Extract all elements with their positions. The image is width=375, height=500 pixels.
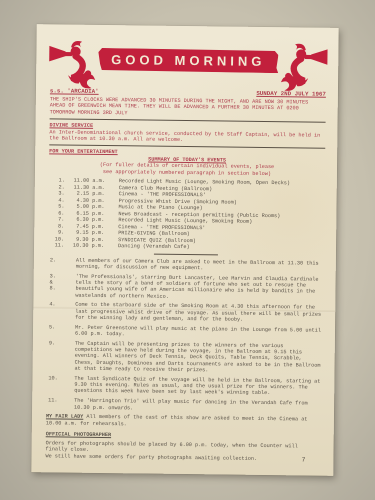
banner-title: GOOD MORNING <box>111 52 265 69</box>
photographer-title: OFFICIAL PHOTOGRAPHER <box>46 431 322 441</box>
paragraph-number: 4. <box>47 302 67 321</box>
paragraph-text: The Captain will be presenting prizes to… <box>75 340 321 374</box>
divine-service-section: DIVINE SERVICE An Inter-Denominational c… <box>49 123 325 146</box>
paragraph-row: 5. Mr. Peter Greenstone will play music … <box>47 324 323 340</box>
event-number: 11. <box>48 242 64 249</box>
photographer-section: OFFICIAL PHOTOGRAPHER Orders for photogr… <box>45 431 321 463</box>
paragraph-row: 4. Come to the starboard side of the Smo… <box>47 302 323 324</box>
events-list: 1. 11.00 a.m. Recorded Light Music (Loun… <box>48 177 325 252</box>
clocks-notice: THE SHIP'S CLOCKS WERE ADVANCED 30 MINUT… <box>50 96 326 119</box>
paragraph-number: 11. <box>46 398 66 411</box>
entertainment-section: FOR YOUR ENTERTAINMENT SUMMARY OF TODAY'… <box>48 149 325 252</box>
paragraph-text: Come to the starboard side of the Smokin… <box>75 302 321 324</box>
paper: GOOD MORNING <box>31 24 338 476</box>
paragraph-number: 9. <box>47 340 67 372</box>
my-fair-lady-text: All members of the cast of this show are… <box>46 414 308 427</box>
masthead-banner: GOOD MORNING <box>46 30 331 89</box>
event-description: Dancing (Verandah Cafe) <box>118 243 324 252</box>
paragraph-text: 'The Professionals', starring Burt Lanca… <box>75 273 321 301</box>
my-fair-lady-notice: MY FAIR LADY All members of the cast of … <box>46 414 322 430</box>
mermaid-trumpeter-right-icon <box>270 35 329 94</box>
paragraph-number: 10. <box>46 375 66 394</box>
event-time: 10.30 p.m. <box>64 243 104 250</box>
detail-paragraphs: 2. All members of our Camera Club are as… <box>46 257 324 414</box>
paragraph-text: All members of our Camera Club are asked… <box>76 257 322 273</box>
paragraph-row: 9. The Captain will be presenting prizes… <box>47 340 323 375</box>
paragraph-number: 3. & 8. <box>47 273 67 298</box>
mermaid-trumpeter-left-icon <box>48 32 107 91</box>
paragraph-text: Mr. Peter Greenstone will play music at … <box>75 324 321 340</box>
paragraph-text: The 'Harrington Trio' will play music fo… <box>74 398 320 414</box>
page-number: 7 <box>301 456 305 463</box>
paragraph-row: 2. All members of our Camera Club are as… <box>48 257 324 273</box>
short-divider <box>154 253 218 255</box>
paragraph-number: 2. <box>48 257 68 270</box>
paragraph-number: 5. <box>47 324 67 337</box>
paragraph-row: 3. & 8. 'The Professionals', starring Bu… <box>47 273 323 302</box>
divine-service-body: An Inter-Denominational church service, … <box>49 129 325 145</box>
photo-background: GOOD MORNING <box>0 0 375 500</box>
paragraph-row: 11. The 'Harrington Trio' will play musi… <box>46 398 322 414</box>
paragraph-row: 10. The last Syndicate Quiz of the voyag… <box>46 375 322 397</box>
banner-ribbon: GOOD MORNING <box>98 48 278 73</box>
paragraph-text: The last Syndicate Quiz of the voyage wi… <box>74 375 320 397</box>
